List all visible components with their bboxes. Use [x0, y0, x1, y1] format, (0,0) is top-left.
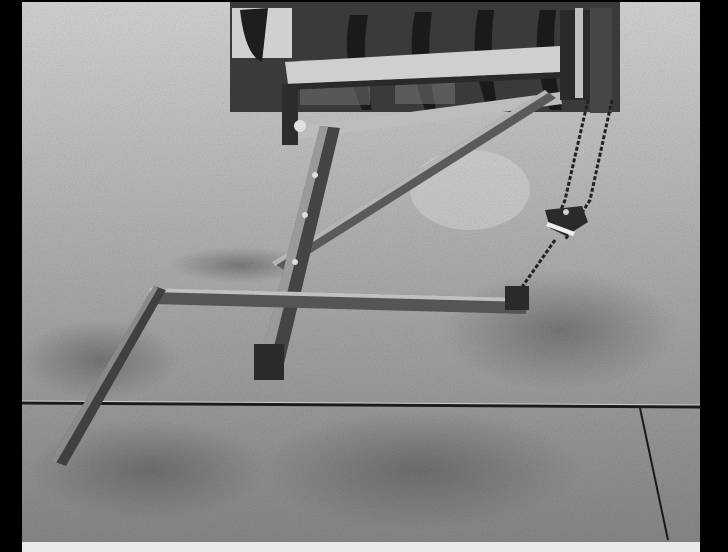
- photograph: [0, 0, 728, 552]
